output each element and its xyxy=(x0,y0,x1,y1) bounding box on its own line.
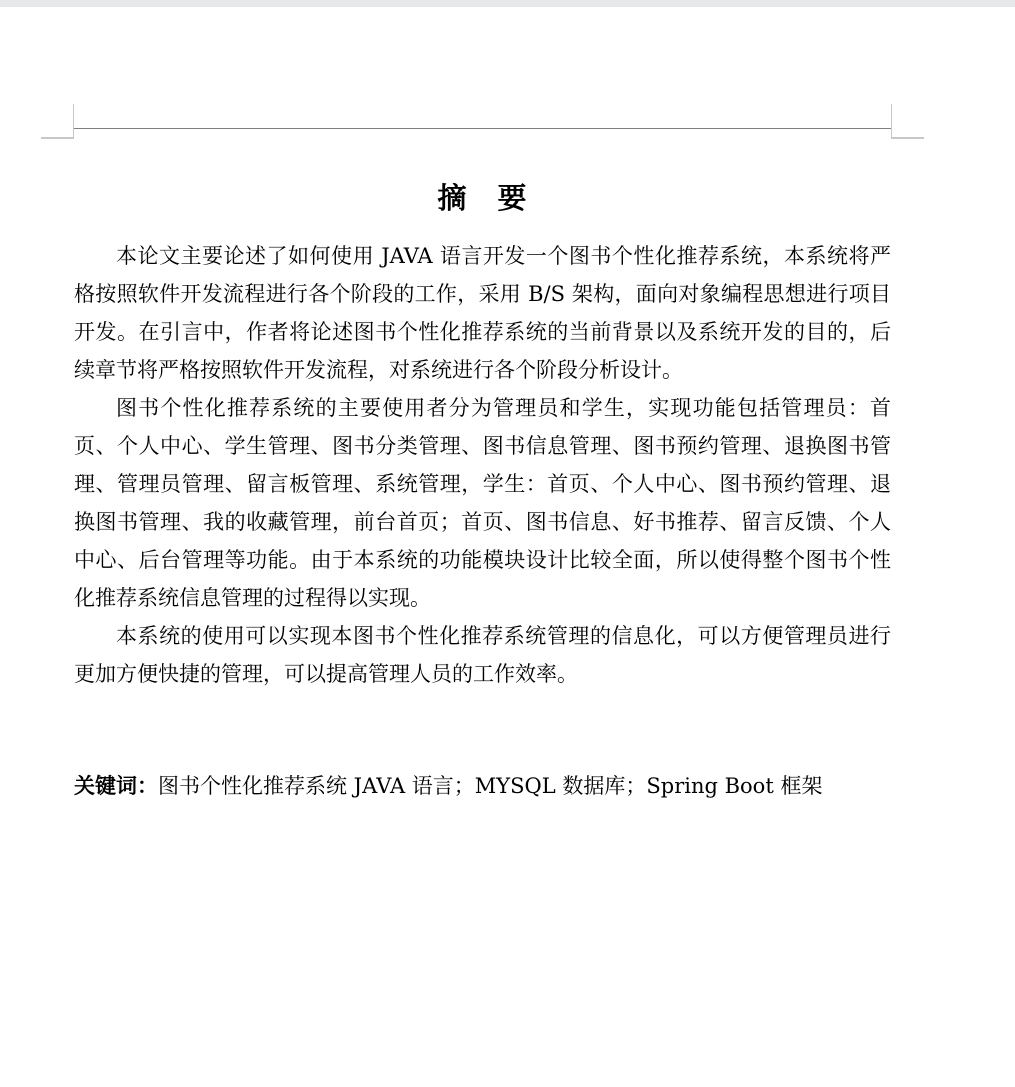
abstract-title: 摘 要 xyxy=(74,178,891,218)
paragraph: 图书个性化推荐系统的主要使用者分为管理员和学生，实现功能包括管理员：首页、个人中… xyxy=(74,389,891,617)
window-top-edge xyxy=(0,0,1015,7)
abstract-body: 本论文主要论述了如何使用 JAVA 语言开发一个图书个性化推荐系统，本系统将严格… xyxy=(74,237,891,693)
paragraph: 本系统的使用可以实现本图书个性化推荐系统管理的信息化，可以方便管理员进行更加方便… xyxy=(74,617,891,693)
right-margin-mark-horizontal xyxy=(891,137,924,139)
keywords-label: 关键词： xyxy=(74,774,158,798)
left-margin-mark-horizontal xyxy=(41,137,74,139)
left-margin-mark-vertical xyxy=(73,104,74,138)
keywords-text: 图书个性化推荐系统 JAVA 语言；MYSQL 数据库；Spring Boot … xyxy=(158,774,822,798)
document-page[interactable]: 摘 要 本论文主要论述了如何使用 JAVA 语言开发一个图书个性化推荐系统，本系… xyxy=(74,178,891,801)
keywords-line: 关键词：图书个性化推荐系统 JAVA 语言；MYSQL 数据库；Spring B… xyxy=(74,771,891,801)
paragraph: 本论文主要论述了如何使用 JAVA 语言开发一个图书个性化推荐系统，本系统将严格… xyxy=(74,237,891,389)
right-margin-mark-vertical xyxy=(891,104,892,138)
top-margin-rule xyxy=(74,128,891,129)
